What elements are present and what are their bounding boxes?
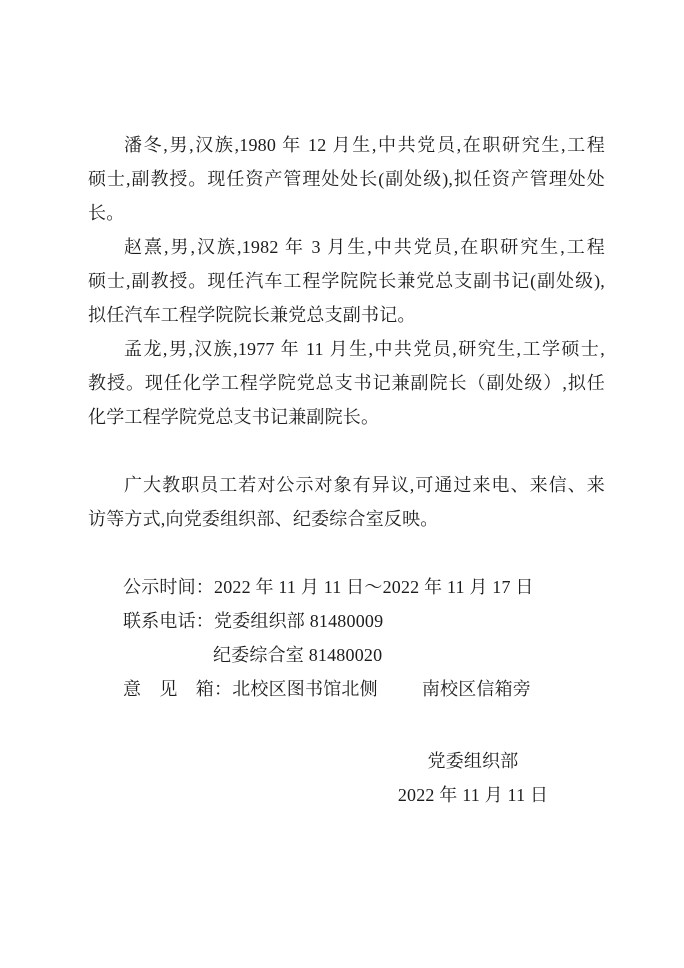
bio-paragraph-pan-dong: 潘冬,男,汉族,1980 年 12 月生,中共党员,在职研究生,工程 硕士,副教…: [88, 128, 605, 230]
text-line: 长。: [88, 196, 605, 230]
document-page: 潘冬,男,汉族,1980 年 12 月生,中共党员,在职研究生,工程 硕士,副教…: [0, 0, 684, 968]
signature-department: 党委组织部: [388, 744, 558, 778]
publicity-period-value: 2022 年 11 月 11 日～2022 年 11 月 17 日: [214, 577, 534, 597]
text-line: 硕士,副教授。现任汽车工程学院院长兼党总支副书记(副处级),: [88, 264, 605, 298]
suggestion-box-label: 意 见 箱：: [123, 679, 232, 699]
publicity-period-label: 公示时间：: [123, 577, 214, 597]
contact-block: 公示时间：2022 年 11 月 11 日～2022 年 11 月 17 日 联…: [88, 570, 605, 706]
signature-date: 2022 年 11 月 11 日: [388, 778, 558, 812]
text-line: 教授。现任化学工程学院党总支书记兼副院长（副处级）,拟任: [88, 366, 605, 400]
text-line: 硕士,副教授。现任资产管理处处长(副处级),拟任资产管理处处: [88, 162, 605, 196]
feedback-paragraph: 广大教职员工若对公示对象有异议,可通过来电、来信、来 访等方式,向党委组织部、纪…: [88, 468, 605, 536]
contact-phone-line-2: 纪委综合室 81480020: [88, 638, 605, 672]
suggestion-box-north: 北校区图书馆北侧: [232, 679, 378, 699]
bio-paragraph-meng-long: 孟龙,男,汉族,1977 年 11 月生,中共党员,研究生,工学硕士, 教授。现…: [88, 332, 605, 434]
contact-phone-value-org: 党委组织部 81480009: [214, 611, 383, 631]
text-line: 潘冬,男,汉族,1980 年 12 月生,中共党员,在职研究生,工程: [88, 128, 605, 162]
publicity-period-line: 公示时间：2022 年 11 月 11 日～2022 年 11 月 17 日: [88, 570, 605, 604]
contact-phone-label: 联系电话：: [123, 611, 214, 631]
signature-block: 党委组织部 2022 年 11 月 11 日: [388, 744, 558, 812]
contact-phone-value-discipline: 纪委综合室 81480020: [213, 645, 382, 665]
text-line: 赵熹,男,汉族,1982 年 3 月生,中共党员,在职研究生,工程: [88, 230, 605, 264]
text-line: 广大教职员工若对公示对象有异议,可通过来电、来信、来: [88, 468, 605, 502]
suggestion-box-south: 南校区信箱旁: [422, 679, 531, 699]
text-line: 拟任汽车工程学院院长兼党总支副书记。: [88, 298, 605, 332]
contact-phone-line: 联系电话：党委组织部 81480009: [88, 604, 605, 638]
text-line: 化学工程学院党总支书记兼副院长。: [88, 400, 605, 434]
suggestion-box-line: 意 见 箱：北校区图书馆北侧南校区信箱旁: [88, 672, 605, 706]
bio-paragraph-zhao-xi: 赵熹,男,汉族,1982 年 3 月生,中共党员,在职研究生,工程 硕士,副教授…: [88, 230, 605, 332]
text-line: 访等方式,向党委组织部、纪委综合室反映。: [88, 502, 605, 536]
text-line: 孟龙,男,汉族,1977 年 11 月生,中共党员,研究生,工学硕士,: [88, 332, 605, 366]
